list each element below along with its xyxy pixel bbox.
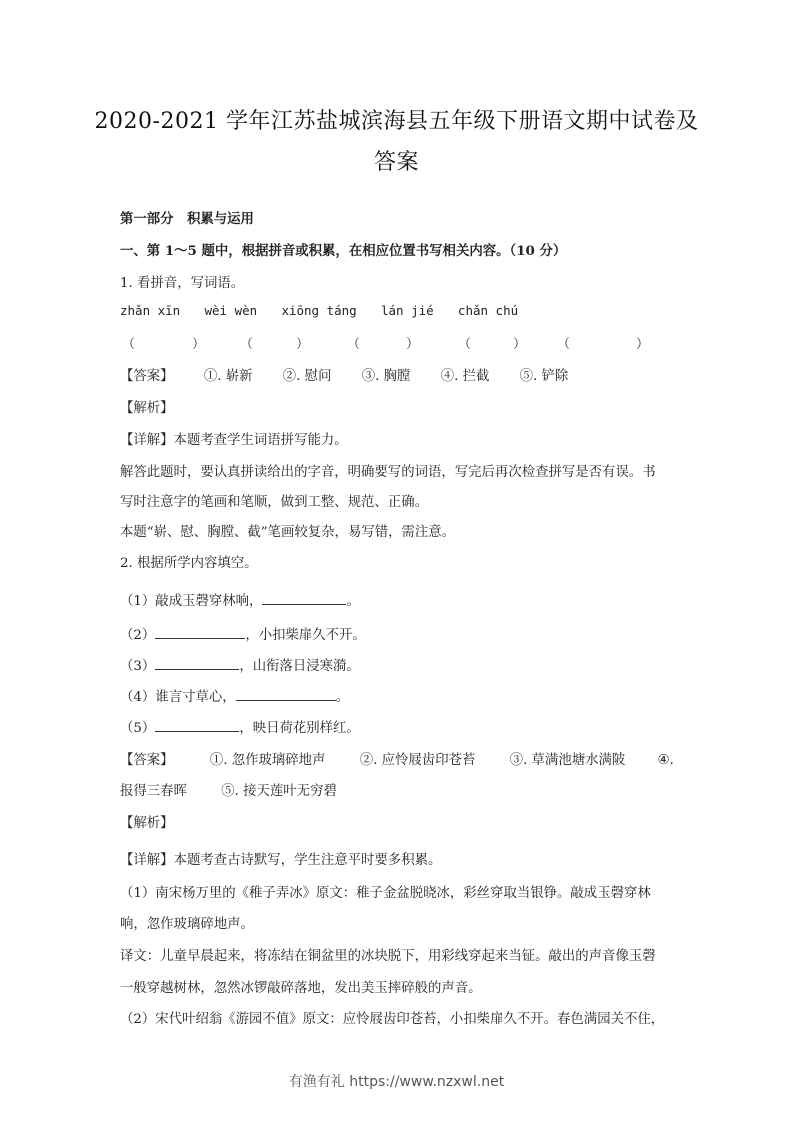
paren-open-2: （ <box>240 333 253 352</box>
q2-item-5-text: （5） <box>120 721 155 736</box>
paren-close-2: ） <box>296 333 309 352</box>
q2-item-3: （3），山衔落日浸寒漪。 <box>120 655 360 674</box>
q2-blank-5[interactable] <box>155 719 239 732</box>
q2-blank-2[interactable] <box>155 626 245 639</box>
answer-2: ②. 慰问 <box>283 365 332 384</box>
q2-answer-1: ①. 忽作玻璃碎地声 <box>210 749 326 768</box>
part-heading: 第一部分 积累与运用 <box>120 208 254 227</box>
q2-item-4-text: （4）谁言寸草心， <box>120 690 236 705</box>
q2-translation-line2: 一般穿越树林，忽然冰锣敲碎落地，发出美玉摔碎般的声音。 <box>120 977 482 996</box>
q2-item-3-text: （3） <box>120 659 155 674</box>
paren-close-1: ） <box>192 333 205 352</box>
paren-open-1: （ <box>122 333 135 352</box>
q2-answer-row-1: 【答案】 ①. 忽作玻璃碎地声 ②. 应怜屐齿印苍苔 ③. 草满池塘水满陂 ④. <box>120 749 674 768</box>
q2-answer-2: ②. 应怜屐齿印苍苔 <box>360 749 476 768</box>
paren-close-4: ） <box>513 333 526 352</box>
q2-item-2: （2），小扣柴扉久不开。 <box>120 624 366 643</box>
q2-answer-row-2: 报得三春晖 ⑤. 接天莲叶无穷碧 <box>120 780 337 799</box>
paren-open-3: （ <box>347 333 360 352</box>
paren-open-4: （ <box>458 333 471 352</box>
q2-p1-line1: （1）南宋杨万里的《稚子弄冰》原文：稚子金盆脱晓冰，彩丝穿取当银铮。敲成玉磬穿林 <box>120 882 651 901</box>
section-heading: 一、第 1～5 题中，根据拼音或积累，在相应位置书写相关内容。（10 分） <box>120 240 566 259</box>
answer-4: ④. 拦截 <box>441 365 490 384</box>
q2-answer-4-label: ④. <box>658 753 674 768</box>
pinyin-1: zhǎn xīn <box>120 303 180 318</box>
pinyin-5: chǎn chú <box>458 303 518 318</box>
q2-item-1-tail: 。 <box>346 594 359 609</box>
q1-explain-2: 写时注意字的笔画和笔顺，做到工整、规范、正确。 <box>120 491 428 510</box>
q2-blank-1[interactable] <box>262 592 346 605</box>
q2-blank-3[interactable] <box>155 657 239 670</box>
q1-explain-3: 本题“崭、慰、胸膛、截”笔画较复杂，易写错，需注意。 <box>120 521 455 540</box>
q2-prompt: 2. 根据所学内容填空。 <box>120 552 258 571</box>
q1-answer-row: 【答案】 ①. 崭新 ②. 慰问 ③. 胸膛 ④. 拦截 ⑤. 铲除 <box>120 365 568 384</box>
answer-3: ③. 胸膛 <box>362 365 411 384</box>
q2-item-1: （1）敲成玉磬穿林响，。 <box>120 590 360 609</box>
q1-pinyin-row: zhǎn xīn wèi wèn xiōng táng lán jié chǎn… <box>120 303 538 319</box>
q1-detail: 【详解】本题考查学生词语拼写能力。 <box>120 429 348 448</box>
q1-explain-1: 解答此题时，要认真拼读给出的字音，明确要写的词语，写完后再次检查拼写是否有误。书 <box>120 461 656 480</box>
pinyin-2: wèi wèn <box>204 303 257 318</box>
q1-analysis-label: 【解析】 <box>120 397 174 416</box>
q2-item-3-tail: ，山衔落日浸寒漪。 <box>239 659 360 674</box>
pinyin-3: xiōng táng <box>281 303 356 318</box>
paren-close-3: ） <box>406 333 419 352</box>
document-title: 2020-2021 学年江苏盐城滨海县五年级下册语文期中试卷及 <box>0 104 793 135</box>
q2-answer-4: 报得三春晖 <box>120 784 187 799</box>
q2-item-4: （4）谁言寸草心，。 <box>120 686 349 705</box>
q2-answer-3: ③. 草满池塘水满陂 <box>510 749 626 768</box>
q2-item-5: （5），映日荷花别样红。 <box>120 717 360 736</box>
q2-item-4-tail: 。 <box>336 690 349 705</box>
q2-detail: 【详解】本题考查古诗默写，学生注意平时要多积累。 <box>120 849 441 868</box>
q2-item-2-text: （2） <box>120 628 155 643</box>
answer-1: ①. 崭新 <box>204 365 253 384</box>
q2-item-1-text: （1）敲成玉磬穿林响， <box>120 594 262 609</box>
q2-analysis-label: 【解析】 <box>120 812 174 831</box>
paren-open-5: （ <box>557 333 570 352</box>
q1-prompt: 1. 看拼音，写词语。 <box>120 272 244 291</box>
q2-p1-line2: 响，忽作玻璃碎地声。 <box>120 913 254 932</box>
q2-translation-line1: 译文：儿童早晨起来，将冻结在铜盆里的冰块脱下，用彩线穿起来当钲。敲出的声音像玉磬 <box>120 945 656 964</box>
answer-5: ⑤. 铲除 <box>520 365 569 384</box>
q2-blank-4[interactable] <box>236 688 336 701</box>
answer-label: 【答案】 <box>120 369 174 384</box>
footer-watermark: 有渔有礼 https://www.nzxwl.net <box>0 1071 793 1091</box>
q2-p2-line1: （2）宋代叶绍翁《游园不值》原文：应怜屐齿印苍苔，小扣柴扉久不开。春色满园关不住… <box>120 1008 664 1027</box>
document-title-continued: 答案 <box>0 145 793 176</box>
paren-close-5: ） <box>636 333 649 352</box>
q2-answer-5: ⑤. 接天莲叶无穷碧 <box>221 780 337 799</box>
answer-label: 【答案】 <box>120 753 174 768</box>
pinyin-4: lán jié <box>381 303 434 318</box>
q2-item-5-tail: ，映日荷花别样红。 <box>239 721 360 736</box>
q2-item-2-tail: ，小扣柴扉久不开。 <box>245 628 366 643</box>
